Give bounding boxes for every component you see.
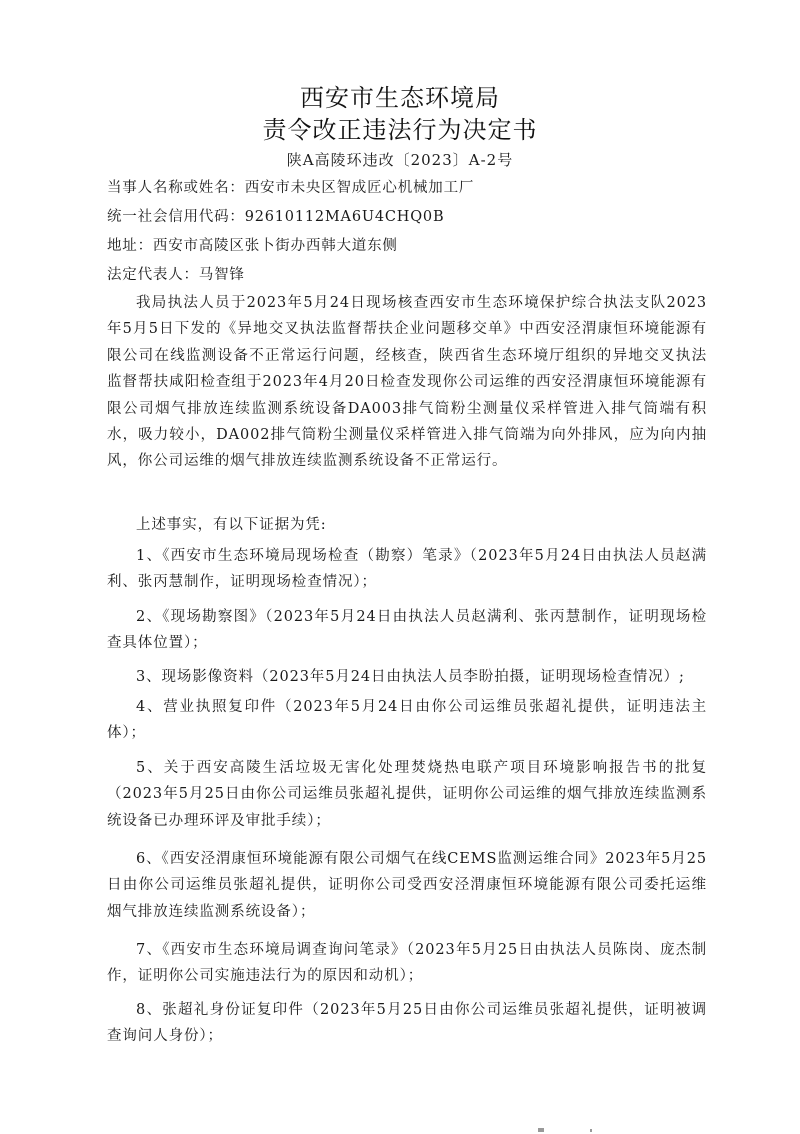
scan-speck bbox=[538, 1128, 544, 1132]
document-title: 责令改正违法行为决定书 bbox=[0, 110, 800, 145]
evidence-item-4: 4、营业执照复印件（2023年5月24日由你公司运维员张超礼提供，证明违法主体）… bbox=[107, 694, 707, 747]
evidence-item-8: 8、张超礼身份证复印件（2023年5月25日由你公司运维员张超礼提供，证明被调查… bbox=[107, 997, 707, 1050]
facts-paragraph: 我局执法人员于2023年5月24日现场核查西安市生态环境保护综合执法支队2023… bbox=[107, 290, 707, 475]
evidence-item-1: 1、《西安市生态环境局现场检查（勘察）笔录》（2023年5月24日由执法人员赵满… bbox=[107, 543, 707, 596]
evidence-item-6: 6、《西安泾渭康恒环境能源有限公司烟气在线CEMS监测运维合同》2023年5月2… bbox=[107, 846, 707, 925]
party-name: 当事人名称或姓名：西安市未央区智成匠心机械加工厂 bbox=[107, 178, 474, 198]
credit-code: 统一社会信用代码：92610112MA6U4CHQ0B bbox=[107, 207, 444, 227]
evidence-item-3: 3、现场影像资料（2023年5月24日由执法人员李盼拍摄，证明现场检查情况）; bbox=[107, 664, 707, 690]
evidence-item-5: 5、关于西安高陵生活垃圾无害化处理焚烧热电联产项目环境影响报告书的批复（2023… bbox=[107, 755, 707, 834]
address: 地址：西安市高陵区张卜街办西韩大道东侧 bbox=[107, 236, 398, 256]
evidence-item-7: 7、《西安市生态环境局调查询问笔录》（2023年5月25日由执法人员陈岗、庞杰制… bbox=[107, 937, 707, 990]
evidence-item-2: 2、《现场勘察图》（2023年5月24日由执法人员赵满利、张丙慧制作，证明现场检… bbox=[107, 604, 707, 657]
scan-speck bbox=[590, 1129, 592, 1132]
legal-representative: 法定代表人：马智锋 bbox=[107, 265, 245, 285]
evidence-intro: 上述事实，有以下证据为凭: bbox=[107, 512, 707, 538]
agency-title: 西安市生态环境局 bbox=[0, 78, 800, 113]
document-number: 陕A高陵环违改〔2023〕A-2号 bbox=[0, 149, 800, 170]
document-page: 西安市生态环境局 责令改正违法行为决定书 陕A高陵环违改〔2023〕A-2号 当… bbox=[0, 0, 800, 1134]
